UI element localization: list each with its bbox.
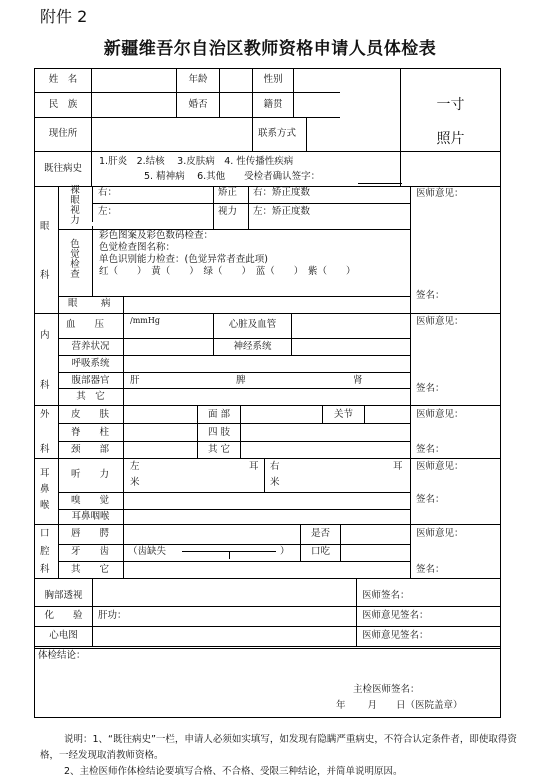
photo-box: 一寸 照片 [401, 69, 500, 186]
chief-doctor-signature: 主检医师签名： [353, 684, 420, 696]
corrected-label-2: 视力 [218, 206, 237, 218]
history-options-line1: 1.肝炎 2.结核 3.皮肤病 4. 性传播性疾病 [99, 156, 293, 168]
oral-section-label-3: 科 [40, 564, 50, 576]
surgery-doctor-opinion: 医师意见： [416, 409, 464, 421]
smell-label: 嗅 觉 [71, 495, 109, 507]
neck-label: 颈 部 [71, 444, 109, 456]
bp-unit: /mmHg [130, 316, 160, 326]
origin-field[interactable] [294, 93, 400, 117]
lab-signature: 医师意见签名： [362, 610, 429, 622]
nerve-label: 神经系统 [214, 341, 291, 353]
gender-label: 性别 [253, 74, 293, 86]
eye-disease-label-1: 眼 [68, 298, 78, 310]
internal-signature: 签名： [416, 383, 445, 395]
hearing-label: 听 力 [71, 469, 109, 481]
naked-left-label: 左： [98, 206, 117, 218]
lips-label: 唇 腭 [71, 528, 109, 540]
liver-label: 肝 [130, 375, 140, 387]
surgery-section-label-1: 外 [40, 409, 50, 421]
naked-vision-label: 裸眼视力 [69, 186, 81, 226]
internal-section-label-1: 内 [40, 330, 50, 342]
health-exam-form: 姓 名 年龄 性别 民 族 婚否 籍贯 现住所 联系方式 一寸 照片 既往病史 … [0, 0, 540, 730]
photo-label-line1: 一寸 [401, 97, 500, 115]
internal-section-label-2: 科 [40, 380, 50, 392]
eye-signature: 签名： [416, 290, 445, 302]
left-ear-suffix: 耳 [249, 461, 259, 473]
eye-doctor-opinion: 医师意见： [416, 188, 464, 200]
teeth-chart-vertical [229, 551, 230, 559]
notes: 说明：1、“既往病史”一栏，申请人必须如实填写，如发现有隐瞒严重病史，不符合认定… [40, 732, 520, 780]
right-ear-suffix: 耳 [393, 461, 403, 473]
note-2: 2、主检医师作体检结论要填写合格、不合格、受限三种结论，并简单说明原因。 [40, 764, 520, 780]
skin-label: 皮 肤 [71, 409, 109, 421]
ent-section-label-1: 耳 [40, 468, 50, 480]
surgery-section-label-2: 科 [40, 444, 50, 456]
eye-disease-label-2: 病 [101, 298, 111, 310]
corrected-left: 左：矫正度数 [253, 206, 310, 218]
abdominal-label: 腹部器官 [58, 375, 123, 387]
date-stamp-line: 年 月 日（医院盖章） [336, 700, 463, 712]
right-ear-unit: 米 [270, 477, 280, 489]
eye-section-label-1: 眼 [40, 221, 50, 233]
ecg-signature: 医师意见签名： [362, 630, 429, 642]
joint-label: 关节 [323, 409, 364, 421]
origin-label: 籍贯 [253, 99, 293, 111]
surgery-other-label: 其 它 [198, 444, 240, 456]
history-signature-line[interactable] [358, 183, 402, 184]
teeth-missing-close: ） [280, 546, 290, 558]
age-field[interactable] [220, 69, 252, 92]
stutter-label-1: 是否 [301, 528, 340, 540]
address-label: 现住所 [35, 128, 91, 140]
liver-function-label: 肝功： [98, 610, 127, 622]
age-label: 年龄 [177, 74, 219, 86]
ent-section-label-3: 喉 [40, 500, 50, 512]
ethnicity-label: 民 族 [35, 99, 91, 111]
oral-doctor-opinion: 医师意见： [416, 528, 464, 540]
oral-signature: 签名： [416, 564, 445, 576]
color-vision-label: 色觉检查 [69, 240, 81, 280]
color-line2: 色觉检查图名称： [99, 242, 175, 254]
ent-section-label-2: 鼻 [40, 484, 50, 496]
spine-label: 脊 柱 [71, 427, 109, 439]
lab-label: 化 验 [35, 610, 92, 622]
oral-section-label-2: 腔 [40, 546, 50, 558]
contact-label: 联系方式 [258, 128, 296, 140]
surgery-signature: 签名： [416, 444, 445, 456]
eye-section-label-2: 科 [40, 270, 50, 282]
history-options-line2: 5. 精神病 6.其他 受检者确认签字： [144, 171, 320, 183]
ethnicity-field[interactable] [92, 93, 176, 117]
conclusion-label: 体检结论： [38, 650, 86, 662]
marital-field[interactable] [220, 93, 252, 117]
teeth-missing-open: （齿缺失 [128, 546, 166, 558]
oral-other-label: 其 它 [71, 564, 109, 576]
color-line1: 彩色图案及彩色数码检查： [99, 230, 213, 242]
nutrition-label: 营养状况 [58, 341, 123, 353]
address-field[interactable] [92, 118, 252, 151]
kidney-label: 肾 [353, 375, 363, 387]
photo-label-line2: 照片 [401, 131, 500, 149]
stutter-label-2: 口吃 [301, 546, 340, 558]
bp-label: 血 压 [66, 319, 104, 331]
gender-field[interactable] [294, 69, 400, 92]
limbs-label: 四 肢 [198, 427, 240, 439]
chest-signature: 医师签名： [362, 590, 410, 602]
internal-other-label: 其 它 [58, 391, 123, 403]
name-field[interactable] [92, 69, 176, 92]
corrected-right: 右：矫正度数 [253, 187, 310, 199]
face-label: 面 部 [198, 409, 240, 421]
name-label: 姓 名 [35, 74, 91, 86]
naked-right-label: 右： [98, 187, 117, 199]
chest-label: 胸部透视 [35, 590, 92, 602]
oral-section-label-1: 口 [40, 528, 50, 540]
left-ear-label: 左 [130, 461, 140, 473]
internal-doctor-opinion: 医师意见： [416, 316, 464, 328]
respiratory-label: 呼吸系统 [58, 358, 123, 370]
note-1: 说明：1、“既往病史”一栏，申请人必须如实填写，如发现有隐瞒严重病史，不符合认定… [40, 732, 520, 764]
color-line3: 单色识别能力检查：(色觉异常者查此项) [99, 254, 268, 266]
ent-signature: 签名： [416, 494, 445, 506]
right-ear-label: 右 [270, 461, 280, 473]
throat-label: 耳鼻咽喉 [58, 511, 123, 523]
history-label: 既往病史 [35, 163, 91, 175]
teeth-label: 牙 齿 [71, 546, 109, 558]
left-ear-unit: 米 [130, 477, 140, 489]
spleen-label: 脾 [236, 375, 246, 387]
heart-label: 心脏及血管 [214, 319, 291, 331]
marital-label: 婚否 [177, 99, 219, 111]
color-line4: 红（ ） 黄（ ） 绿（ ） 蓝（ ） 紫（ ） [99, 266, 356, 278]
contact-field[interactable] [307, 118, 400, 151]
ecg-label: 心电图 [35, 630, 92, 642]
ent-doctor-opinion: 医师意见： [416, 461, 464, 473]
corrected-label-1: 矫正 [218, 187, 237, 199]
